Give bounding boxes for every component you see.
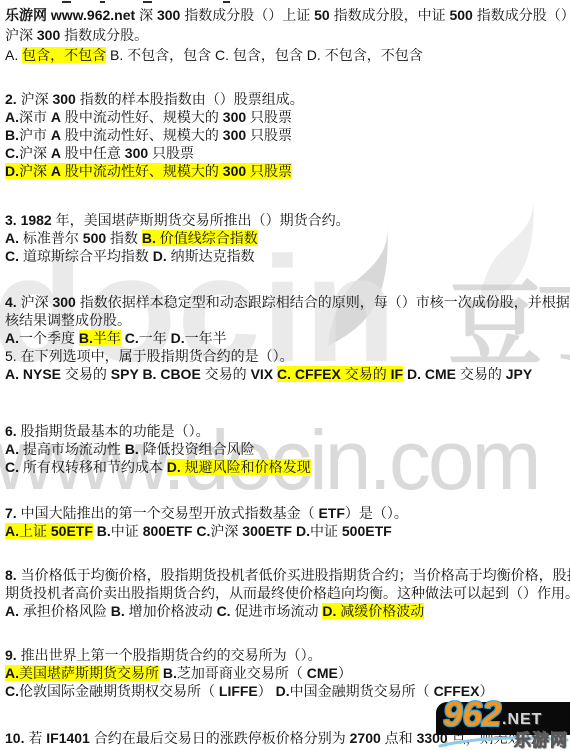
answer-highlight: 价值线综合指数: [156, 230, 258, 246]
text-segment: 股指期货最基本的功能是（）。: [17, 423, 210, 439]
text-segment: 只股票: [246, 109, 292, 125]
text-line: 9. 推出世界上第一个股指期货合约的交易所为（）。: [5, 646, 566, 664]
text-line: 核结果调整成份股。: [5, 311, 566, 329]
text-segment: LIFFE: [219, 683, 258, 699]
text-line: A. NYSE 交易的 SPY B. CBOE 交易的 VIX C. CFFEX…: [5, 365, 566, 383]
text-line: 2. 沪深 300 指数的样本股指数由（）股票组成。: [5, 90, 566, 108]
text-segment: B.: [125, 441, 139, 457]
answer-highlight: 股中流动性好、规模大的: [61, 163, 223, 179]
answer-highlight: D.: [5, 163, 19, 179]
text-segment: 300: [223, 127, 246, 143]
text-line: A.一个季度 B.半年 C.一年 D.一年半: [5, 329, 566, 347]
text-segment: 中证: [310, 523, 342, 539]
text-segment: 推出世界上第一个股指期货合约的交易所为（）。: [17, 647, 322, 663]
question-block: 2. 沪深 300 指数的样本股指数由（）股票组成。A.深市 A 股中流动性好、…: [5, 90, 566, 180]
text-segment: A.: [5, 230, 19, 246]
text-segment: 300ETF: [242, 523, 292, 539]
text-segment: C.: [217, 603, 231, 619]
962-number: 962: [443, 697, 501, 732]
text-segment: ETF: [318, 505, 344, 521]
text-segment: 指数成分股（）上证: [180, 7, 314, 23]
text-segment: 指数成分股。: [60, 27, 148, 43]
text-segment: 若: [24, 730, 46, 746]
text-segment: 沪深: [210, 523, 242, 539]
question-block: 6. 股指期货最基本的功能是（）。A. 提高市场流动性 B. 降低投资组合风险C…: [5, 422, 566, 476]
answer-highlight: 减缓价格波动: [336, 603, 424, 619]
text-segment: 300: [37, 27, 60, 43]
text-segment: 300: [157, 7, 180, 23]
text-segment: 交易的: [201, 366, 251, 382]
answer-highlight: C. CFFEX: [277, 366, 341, 382]
text-segment: 300: [125, 145, 148, 161]
text-segment: 沪市: [19, 127, 51, 143]
answer-highlight: B.: [79, 330, 93, 346]
text-segment: 交易的: [456, 366, 506, 382]
answer-highlight: 交易的: [341, 366, 391, 382]
text-segment: ）是（）。: [345, 505, 408, 521]
text-line: 6. 股指期货最基本的功能是（）。: [5, 422, 566, 440]
text-segment: 降低投资组合风险: [139, 441, 255, 457]
text-segment: 500: [449, 7, 472, 23]
text-segment: 纳斯达克指数: [167, 248, 255, 264]
text-segment: 标准普尔: [19, 230, 83, 246]
text-segment: C.: [196, 523, 210, 539]
text-segment: JPY: [506, 366, 532, 382]
text-segment: 乐游网 www.962.net: [5, 7, 139, 23]
text-segment: 沪深: [5, 27, 37, 43]
text-line: C.沪深 A 股中任意 300 只股票: [5, 144, 566, 162]
answer-highlight: 包含，不包含: [22, 47, 106, 63]
text-segment: 指数成分股（）: [473, 7, 570, 23]
text-segment: 深: [139, 7, 157, 23]
answer-highlight: 沪深: [19, 163, 51, 179]
text-segment: 指数: [106, 230, 142, 246]
text-segment: 期货投机者高价卖出股指期货合约，从而最终使价格趋向均衡。这种做法可以起到（）作用…: [5, 585, 570, 601]
text-line: C. 所有权转移和节约成本 D. 规避风险和价格发现: [5, 458, 566, 476]
text-segment: B.: [97, 523, 111, 539]
text-line: A. 提高市场流动性 B. 降低投资组合风险: [5, 440, 566, 458]
text-segment: 沪深: [17, 91, 53, 107]
text-segment: A: [51, 109, 61, 125]
text-segment: 50: [314, 7, 330, 23]
text-segment: 500: [83, 230, 106, 246]
text-segment: 深市: [19, 109, 51, 125]
answer-highlight: D.: [167, 459, 181, 475]
leyou-site-name: 乐游网: [514, 732, 568, 751]
text-line: C. 道琼斯综合平均指数 D. 纳斯达克指数: [5, 247, 566, 265]
text-segment: B.: [5, 127, 19, 143]
answer-highlight: A.: [5, 665, 19, 681]
text-segment: 承担价格风险: [19, 603, 111, 619]
question-block: 3. 1982 年，美国堪萨斯期货交易所推出（）期货合约。A. 标准普尔 500…: [5, 211, 566, 265]
text-segment: 800ETF: [143, 523, 193, 539]
text-segment: D. CME: [407, 366, 456, 382]
text-segment: 指数依据样本稳定型和动态跟踪相结合的原则，每（）市核一次成份股，并根据市: [76, 294, 570, 310]
text-line: 4. 沪深 300 指数依据样本稳定型和动态跟踪相结合的原则，每（）市核一次成份…: [5, 293, 566, 311]
text-segment: 2700: [350, 730, 381, 746]
answer-highlight: D.: [322, 603, 336, 619]
text-segment: 年，美国堪萨斯期货交易所推出（）期货合约。: [52, 212, 350, 228]
text-segment: 道琼斯综合平均指数: [19, 248, 153, 264]
text-segment: 中国大陆推出的第一个交易型开放式指数基金（: [17, 505, 319, 521]
document-body: 乐游网 www.962.net 深 300 指数成分股（）上证 50 指数成分股…: [0, 0, 570, 747]
text-segment: C.: [5, 459, 19, 475]
text-segment: B.: [163, 665, 177, 681]
text-line: A. 包含，不包含 B. 不包含，包含 C. 包含，包含 D. 不包含，不包含: [5, 45, 566, 65]
text-segment: 提高市场流动性: [19, 441, 125, 457]
text-segment: 一个季度: [19, 330, 79, 346]
text-line: B.沪市 A 股中流动性好、规模大的 300 只股票: [5, 126, 566, 144]
text-segment: A.: [5, 109, 19, 125]
text-segment: 沪深: [19, 145, 51, 161]
text-segment: 5. 在下列选项中，属于股指期货合约的是（）。: [5, 348, 294, 364]
text-segment: IF1401: [46, 730, 90, 746]
answer-highlight: 美国堪萨斯期货交易所: [19, 665, 159, 681]
question-block: 8. 当价格低于均衡价格，股指期货投机者低价买进股指期货合约；当价格高于均衡价格…: [5, 566, 566, 620]
text-segment: 指数的样本股指数由（）股票组成。: [76, 91, 304, 107]
text-line: A. 标准普尔 500 指数 B. 价值线综合指数: [5, 229, 566, 247]
text-segment: D.: [276, 683, 290, 699]
text-segment: D.: [153, 248, 167, 264]
text-segment: 合约在最后交易日的涨跌停板价格分别为: [90, 730, 350, 746]
text-segment: 当价格低于均衡价格，股指期货投机者低价买进股指期货合约；当价格高于均衡价格，股指: [17, 567, 570, 583]
text-segment: SPY B. CBOE: [111, 366, 201, 382]
text-segment: 4.: [5, 294, 17, 310]
text-segment: 只股票: [246, 127, 292, 143]
text-line: A. 承担价格风险 B. 增加价格波动 C. 促进市场流动 D. 减缓价格波动: [5, 602, 566, 620]
text-segment: A.: [5, 441, 19, 457]
text-segment: VIX: [251, 366, 274, 382]
text-segment: A.: [5, 603, 19, 619]
text-segment: 500ETF: [342, 523, 392, 539]
text-segment: 交易的: [61, 366, 111, 382]
answer-highlight: 300: [223, 163, 246, 179]
question-block: 7. 中国大陆推出的第一个交易型开放式指数基金（ ETF）是（）。A.上证 50…: [5, 504, 566, 540]
answer-highlight: 50ETF: [51, 523, 93, 539]
text-segment: 股中任意: [61, 145, 125, 161]
text-segment: B. 不包含，包含 C. 包含，包含 D. 不包含，不包含: [106, 47, 423, 63]
document-page: docin 豆丁 www.docin.com 乐游网 www.962.net 深…: [0, 0, 570, 751]
text-segment: 核结果调整成份股。: [5, 312, 131, 328]
answer-highlight: A.: [5, 523, 19, 539]
text-segment: C.: [5, 145, 19, 161]
text-segment: 6.: [5, 423, 17, 439]
text-line: 乐游网 www.962.net 深 300 指数成分股（）上证 50 指数成分股…: [5, 5, 566, 25]
answer-highlight: 只股票: [246, 163, 292, 179]
answer-highlight: 半年: [93, 330, 121, 346]
text-segment: 300: [223, 109, 246, 125]
text-segment: 股中流动性好、规模大的: [61, 109, 223, 125]
text-line: D.沪深 A 股中流动性好、规模大的 300 只股票: [5, 162, 566, 180]
text-segment: A.: [5, 47, 22, 63]
text-segment: ）: [338, 665, 352, 681]
question-block: 4. 沪深 300 指数依据样本稳定型和动态跟踪相结合的原则，每（）市核一次成份…: [5, 293, 566, 383]
text-segment: B.: [111, 603, 125, 619]
text-segment: 一年半: [185, 330, 227, 346]
text-segment: CME: [307, 665, 338, 681]
text-segment: 股中流动性好、规模大的: [61, 127, 223, 143]
text-line: A.上证 50ETF B.中证 800ETF C.沪深 300ETF D.中证 …: [5, 522, 566, 540]
text-segment: 增加价格波动: [125, 603, 217, 619]
text-segment: 7.: [5, 505, 17, 521]
text-segment: C.: [5, 248, 19, 264]
text-line: 8. 当价格低于均衡价格，股指期货投机者低价买进股指期货合约；当价格高于均衡价格…: [5, 566, 566, 584]
text-segment: 3. 1982: [5, 212, 52, 228]
text-segment: 所有权转移和节约成本: [19, 459, 167, 475]
text-segment: 中证: [111, 523, 143, 539]
text-segment: A. NYSE: [5, 366, 61, 382]
text-segment: A: [51, 127, 61, 143]
text-segment: 300: [52, 294, 75, 310]
text-line: A.美国堪萨斯期货交易所 B.芝加哥商业交易所（ CME）: [5, 664, 566, 682]
text-segment: D.: [296, 523, 310, 539]
text-segment: 9.: [5, 647, 17, 663]
text-segment: 伦敦国际金融期货期权交易所（: [19, 683, 219, 699]
text-line: 期货投机者高价卖出股指期货合约，从而最终使价格趋向均衡。这种做法可以起到（）作用…: [5, 584, 566, 602]
text-segment: A: [51, 145, 61, 161]
text-segment: A.: [5, 330, 19, 346]
question-block: 9. 推出世界上第一个股指期货合约的交易所为（）。A.美国堪萨斯期货交易所 B.…: [5, 646, 566, 700]
text-segment: 促进市场流动: [231, 603, 323, 619]
text-segment: 沪深: [17, 294, 53, 310]
answer-highlight: 规避风险和价格发现: [181, 459, 311, 475]
text-line: 3. 1982 年，美国堪萨斯期货交易所推出（）期货合约。: [5, 211, 566, 229]
text-segment: 300: [52, 91, 75, 107]
answer-highlight: 上证: [19, 523, 51, 539]
text-segment: 10.: [5, 730, 24, 746]
962net-logo: 962 .NET 乐游网: [436, 702, 570, 751]
answer-highlight: A: [51, 163, 61, 179]
text-line: 沪深 300 指数成分股。: [5, 25, 566, 45]
text-segment: C.: [5, 683, 19, 699]
text-segment: C.: [125, 330, 139, 346]
answer-highlight: B.: [142, 230, 156, 246]
text-line: 7. 中国大陆推出的第一个交易型开放式指数基金（ ETF）是（）。: [5, 504, 566, 522]
text-line: A.深市 A 股中流动性好、规模大的 300 只股票: [5, 108, 566, 126]
text-segment: ）: [258, 683, 276, 699]
text-line: 5. 在下列选项中，属于股指期货合约的是（）。: [5, 347, 566, 365]
text-segment: 2.: [5, 91, 17, 107]
text-segment: 一年: [139, 330, 171, 346]
net-suffix: .NET: [502, 711, 542, 729]
text-segment: 只股票: [148, 145, 194, 161]
answer-highlight: IF: [391, 366, 403, 382]
text-segment: 中国金融期货交易所（: [290, 683, 434, 699]
text-segment: 指数成分股，中证: [330, 7, 450, 23]
text-segment: 芝加哥商业交易所（: [177, 665, 307, 681]
question-block: 乐游网 www.962.net 深 300 指数成分股（）上证 50 指数成分股…: [5, 5, 566, 65]
text-segment: 点和: [381, 730, 417, 746]
text-segment: D.: [171, 330, 185, 346]
text-segment: 8.: [5, 567, 17, 583]
